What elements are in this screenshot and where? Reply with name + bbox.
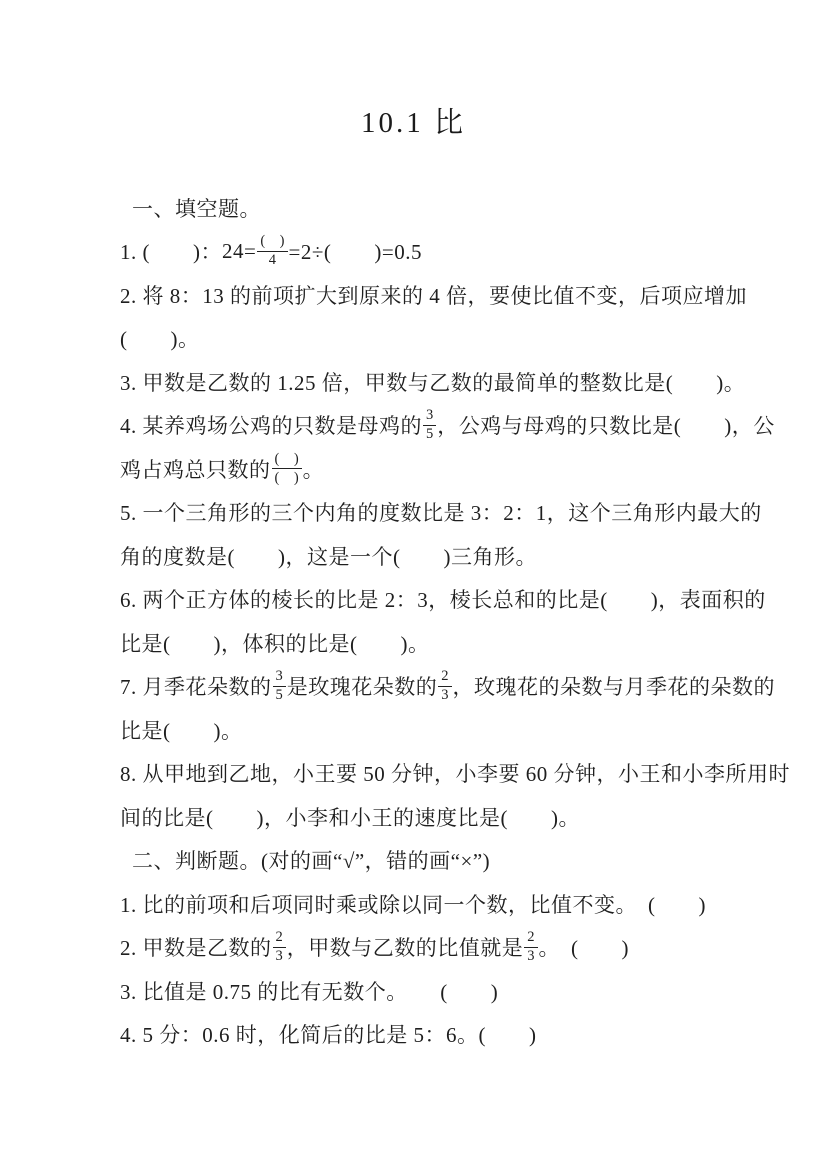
- fraction-numerator: 2: [438, 669, 451, 687]
- text-run: 。 ( ): [539, 932, 630, 962]
- question-line: 3. 比值是 0.75 的比有无数个。 ( ): [120, 969, 720, 1013]
- text-run: 24=: [222, 239, 256, 264]
- text-run: 4. 某养鸡场公鸡的只数是母鸡的: [120, 410, 422, 440]
- text-run: 4. 5 分：0.6 时，化简后的比是 5：6。( ): [120, 1019, 537, 1049]
- fraction-numerator: 2: [524, 930, 537, 948]
- text-run: 2. 将 8：13 的前项扩大到原来的 4 倍，要使比值不变，后项应增加: [120, 280, 747, 310]
- text-run: 3. 比值是 0.75 的比有无数个。 ( ): [120, 976, 498, 1006]
- fraction-numerator: 3: [423, 408, 436, 426]
- section-heading-text: 二、判断题。(对的画“√”，错的画“×”): [132, 845, 490, 875]
- fraction: ( )4: [257, 234, 287, 268]
- question-line: 4. 5 分：0.6 时，化简后的比是 5：6。( ): [120, 1013, 720, 1057]
- text-run: 。: [303, 454, 325, 484]
- question-line: 6. 两个正方体的棱长的比是 2：3，棱长总和的比是( )，表面积的: [120, 578, 720, 622]
- fraction-denominator: 3: [438, 687, 451, 704]
- fraction-denominator: ( ): [272, 469, 302, 486]
- fraction: 35: [273, 669, 286, 703]
- fraction-numerator: ( ): [272, 452, 302, 470]
- question-line: ( )。: [120, 317, 720, 361]
- section-heading: 一、填空题。: [120, 186, 720, 230]
- question-line: 间的比是( )，小李和小王的速度比是( )。: [120, 795, 720, 839]
- question-line: 4. 某养鸡场公鸡的只数是母鸡的35，公鸡与母鸡的只数比是( )，公: [120, 404, 720, 448]
- fraction: 35: [423, 408, 436, 442]
- fraction-denominator: 5: [423, 426, 436, 443]
- section-heading: 二、判断题。(对的画“√”，错的画“×”): [120, 839, 720, 883]
- question-line: 2. 甲数是乙数的23，甲数与乙数的比值就是23。 ( ): [120, 926, 720, 970]
- question-line: 2. 将 8：13 的前项扩大到原来的 4 倍，要使比值不变，后项应增加: [120, 273, 720, 317]
- text-run: 3. 甲数是乙数的 1.25 倍，甲数与乙数的最简单的整数比是( )。: [120, 367, 745, 397]
- question-line: 角的度数是( )，这是一个( )三角形。: [120, 534, 720, 578]
- fraction: 23: [524, 930, 537, 964]
- text-run: 1. 比的前项和后项同时乘或除以同一个数，比值不变。 ( ): [120, 889, 706, 919]
- worksheet-page: 10.1 比 一、填空题。1. ( )：24=( )4=2÷( )=0.52. …: [0, 0, 827, 1169]
- fraction: 23: [273, 930, 286, 964]
- worksheet-title: 10.1 比: [0, 100, 827, 141]
- question-line: 鸡占鸡总只数的( )( )。: [120, 447, 720, 491]
- fraction-denominator: 4: [266, 252, 279, 269]
- fraction: ( )( ): [272, 452, 302, 486]
- fraction-denominator: 5: [273, 687, 286, 704]
- text-run: ( )。: [120, 323, 200, 353]
- question-line: 3. 甲数是乙数的 1.25 倍，甲数与乙数的最简单的整数比是( )。: [120, 360, 720, 404]
- fraction-numerator: 3: [273, 669, 286, 687]
- text-run: =2÷( )=0.5: [289, 236, 422, 266]
- text-run: 6. 两个正方体的棱长的比是 2：3，棱长总和的比是( )，表面积的: [120, 584, 766, 614]
- text-run: 间的比是( )，小李和小王的速度比是( )。: [120, 802, 580, 832]
- text-run: 比是( )，体积的比是( )。: [120, 628, 429, 658]
- text-run: 比是( )。: [120, 715, 243, 745]
- text-run: 7. 月季花朵数的: [120, 671, 272, 701]
- question-line: 7. 月季花朵数的35是玫瑰花朵数的23，玫瑰花的朵数与月季花的朵数的: [120, 665, 720, 709]
- text-run: 8. 从甲地到乙地，小王要 50 分钟，小李要 60 分钟，小王和小李所用时: [120, 758, 790, 788]
- text-run: ，甲数与乙数的比值就是: [287, 932, 524, 962]
- text-run: 1. ( )：: [120, 236, 222, 266]
- text-run: 5. 一个三角形的三个内角的度数比是 3：2：1，这个三角形内最大的: [120, 497, 762, 527]
- fraction-numerator: 2: [273, 930, 286, 948]
- text-run: 2. 甲数是乙数的: [120, 932, 272, 962]
- question-line: 比是( )，体积的比是( )。: [120, 621, 720, 665]
- fraction: 23: [438, 669, 451, 703]
- question-line: 比是( )。: [120, 708, 720, 752]
- question-line: 1. ( )：24=( )4=2÷( )=0.5: [120, 230, 720, 274]
- text-run: ，玫瑰花的朵数与月季花的朵数的: [453, 671, 776, 701]
- question-line: 8. 从甲地到乙地，小王要 50 分钟，小李要 60 分钟，小王和小李所用时: [120, 752, 720, 796]
- question-line: 5. 一个三角形的三个内角的度数比是 3：2：1，这个三角形内最大的: [120, 491, 720, 535]
- fraction-denominator: 3: [524, 948, 537, 965]
- worksheet-content: 一、填空题。1. ( )：24=( )4=2÷( )=0.52. 将 8：13 …: [120, 186, 720, 1056]
- text-run: 角的度数是( )，这是一个( )三角形。: [120, 541, 537, 571]
- section-heading-text: 一、填空题。: [132, 193, 261, 223]
- text-run: 是玫瑰花朵数的: [287, 671, 438, 701]
- question-line: 1. 比的前项和后项同时乘或除以同一个数，比值不变。 ( ): [120, 882, 720, 926]
- text-run: ，公鸡与母鸡的只数比是( )，公: [437, 410, 775, 440]
- fraction-numerator: ( ): [257, 234, 287, 252]
- fraction-denominator: 3: [273, 948, 286, 965]
- text-run: 鸡占鸡总只数的: [120, 454, 271, 484]
